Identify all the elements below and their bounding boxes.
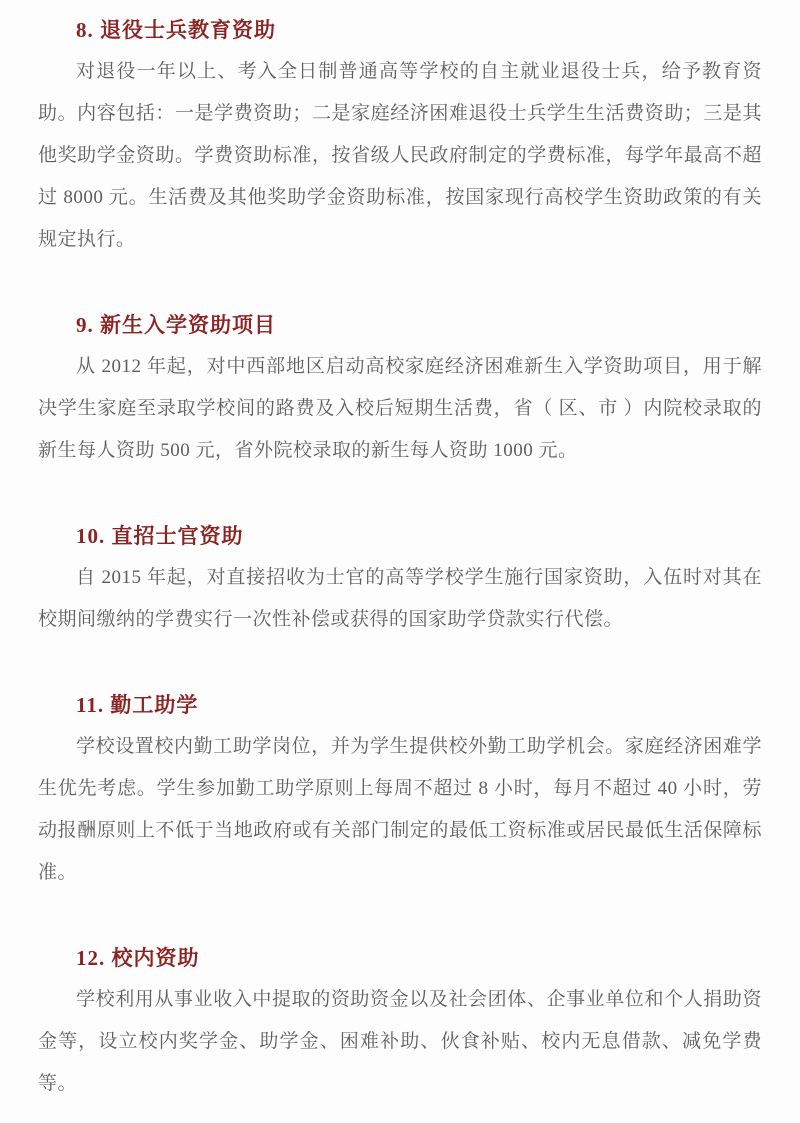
document-page: 8. 退役士兵教育资助 对退役一年以上、考入全日制普通高等学校的自主就业退役士兵… (0, 0, 800, 1123)
section-heading-12: 12. 校内资助 (38, 946, 762, 970)
section-heading-11: 11. 勤工助学 (38, 693, 762, 717)
section-paragraph-9: 从 2012 年起，对中西部地区启动高校家庭经济困难新生入学资助项目，用于解决学… (38, 346, 762, 472)
section-direct-recruit-sergeant-aid: 10. 直招士官资助 自 2015 年起，对直接招收为士官的高等学校学生施行国家… (38, 524, 762, 641)
section-veteran-education-aid: 8. 退役士兵教育资助 对退役一年以上、考入全日制普通高等学校的自主就业退役士兵… (38, 18, 762, 261)
section-paragraph-10: 自 2015 年起，对直接招收为士官的高等学校学生施行国家资助，入伍时对其在校期… (38, 557, 762, 641)
section-heading-10: 10. 直招士官资助 (38, 524, 762, 548)
section-paragraph-8: 对退役一年以上、考入全日制普通高等学校的自主就业退役士兵，给予教育资助。内容包括… (38, 51, 762, 261)
section-paragraph-11: 学校设置校内勤工助学岗位，并为学生提供校外勤工助学机会。家庭经济困难学生优先考虑… (38, 726, 762, 894)
section-heading-9: 9. 新生入学资助项目 (38, 313, 762, 337)
section-freshman-enrollment-aid: 9. 新生入学资助项目 从 2012 年起，对中西部地区启动高校家庭经济困难新生… (38, 313, 762, 472)
section-heading-8: 8. 退役士兵教育资助 (38, 18, 762, 42)
section-paragraph-12: 学校利用从事业收入中提取的资助资金以及社会团体、企事业单位和个人捐助资金等，设立… (38, 979, 762, 1105)
section-work-study: 11. 勤工助学 学校设置校内勤工助学岗位，并为学生提供校外勤工助学机会。家庭经… (38, 693, 762, 894)
section-on-campus-aid: 12. 校内资助 学校利用从事业收入中提取的资助资金以及社会团体、企事业单位和个… (38, 946, 762, 1105)
